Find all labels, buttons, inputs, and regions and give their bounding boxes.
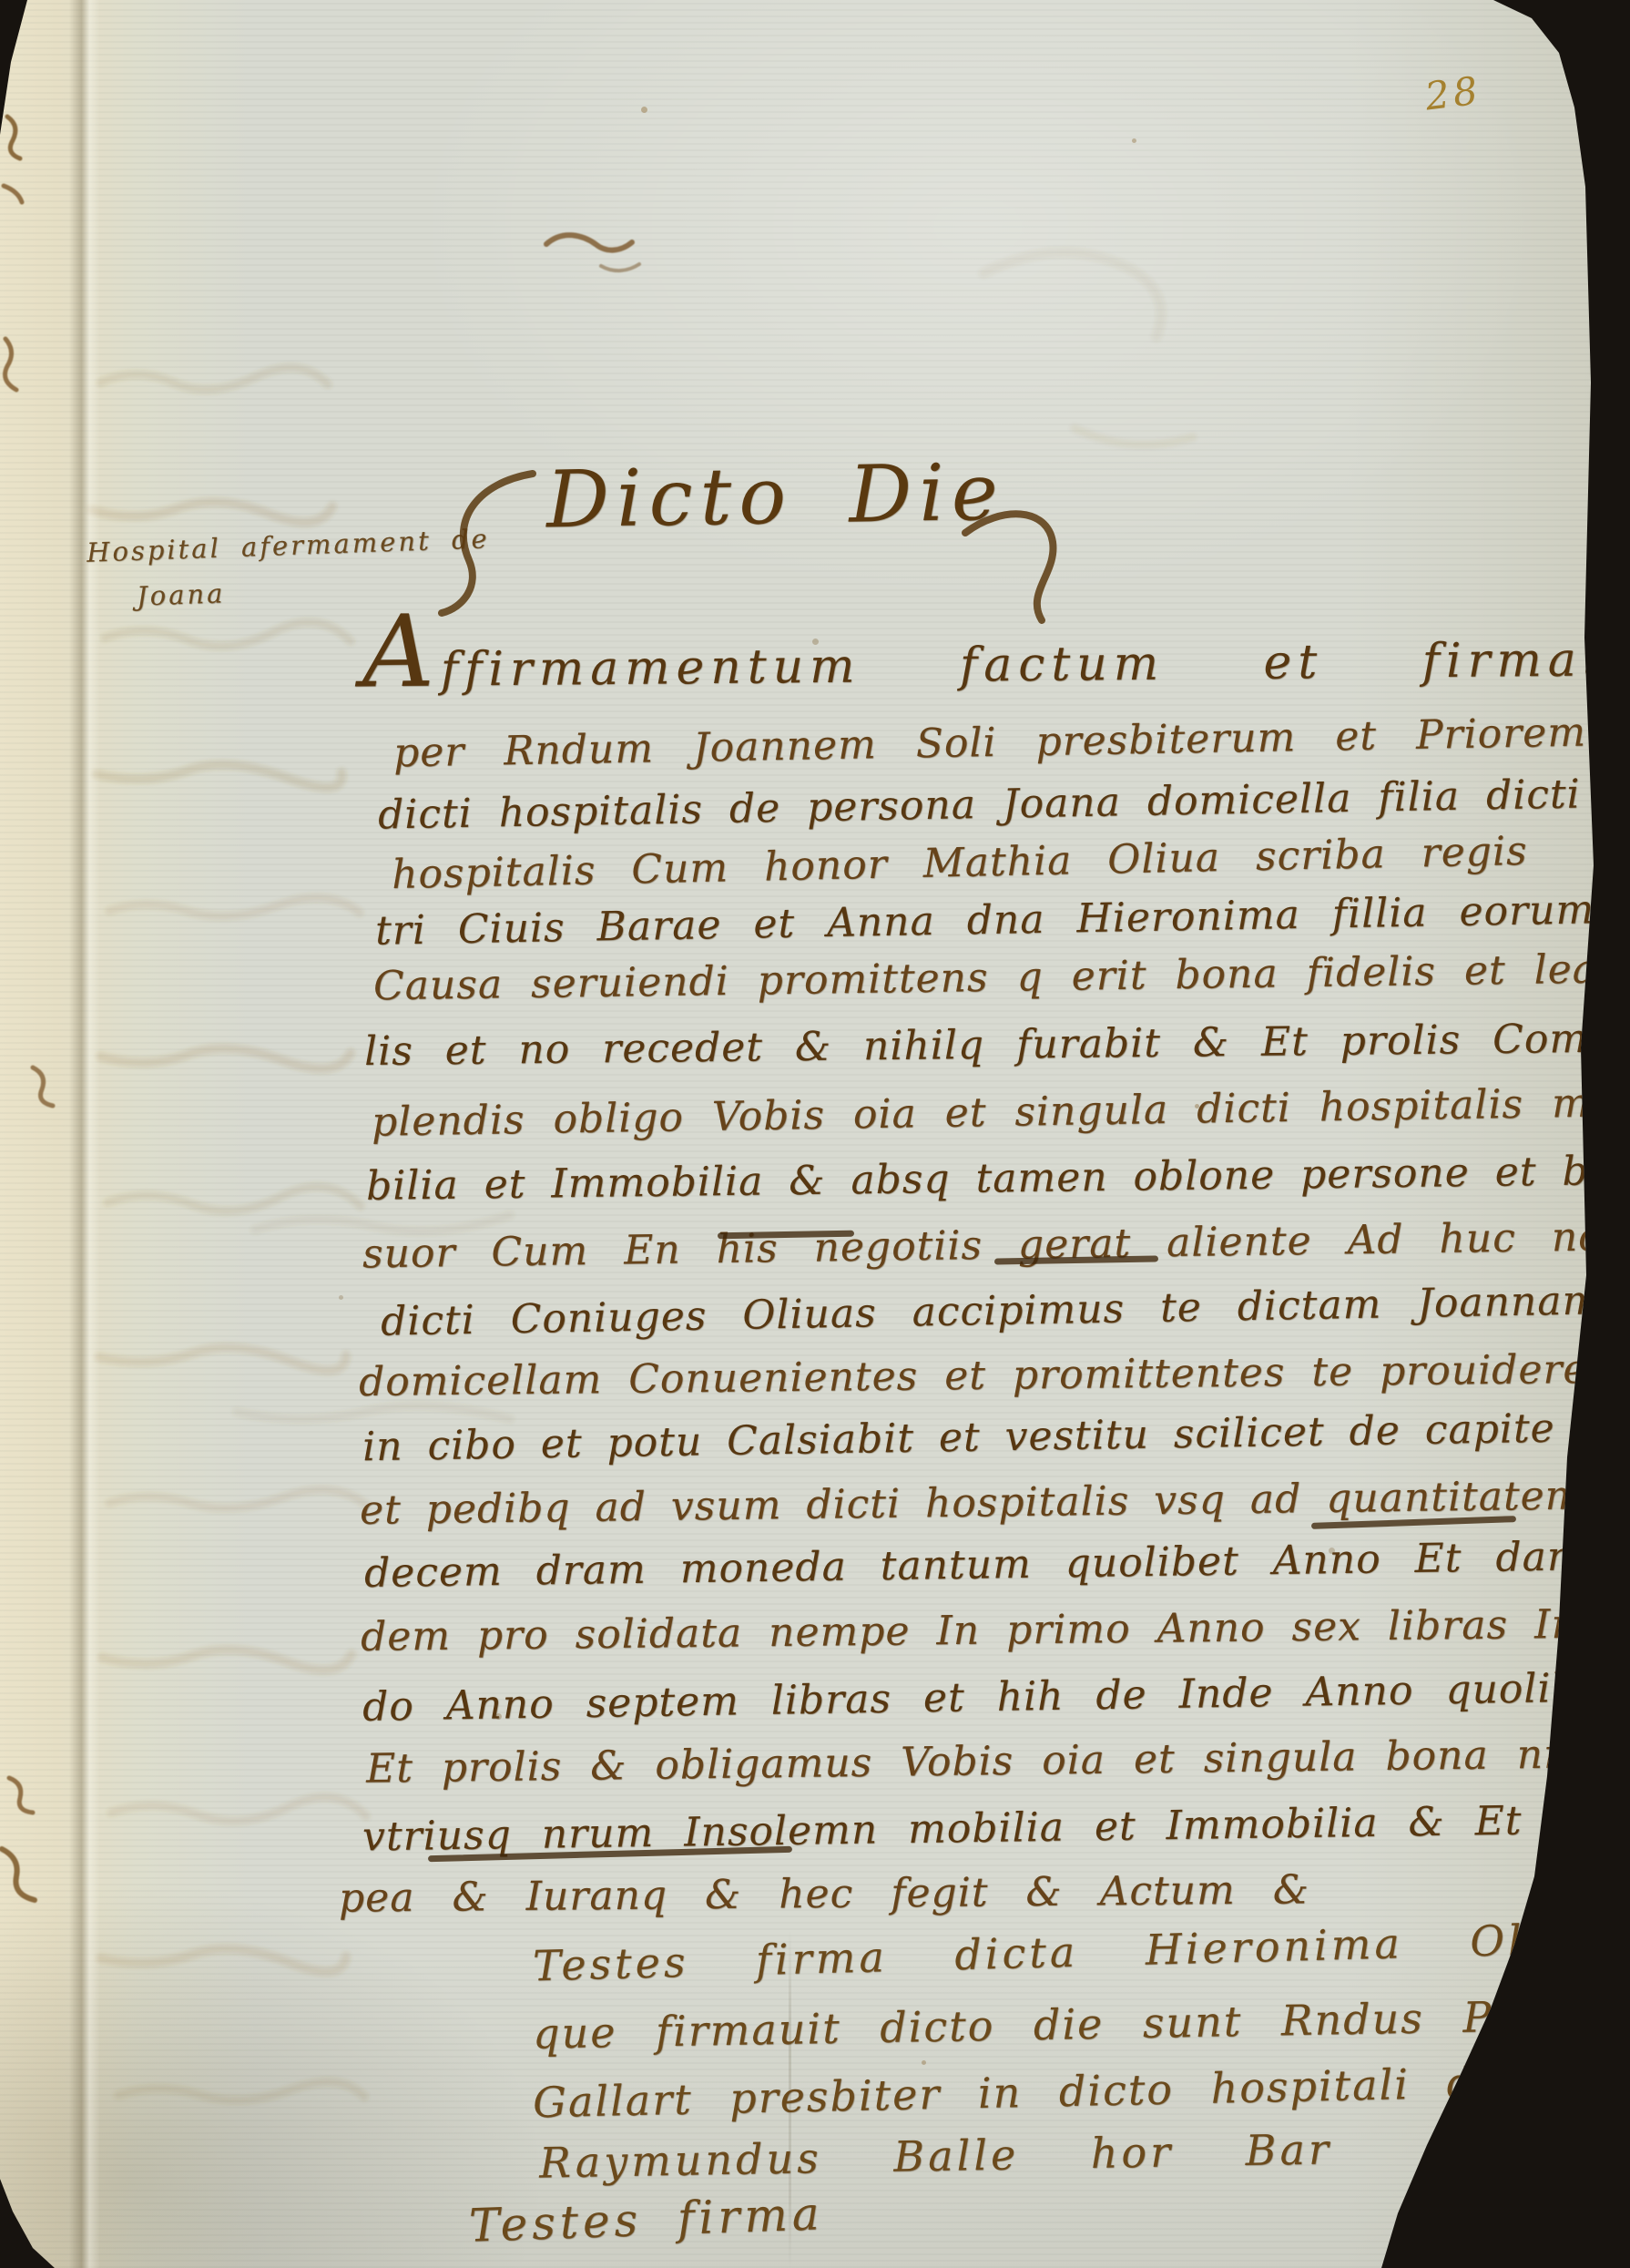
witness-line: Testes firma	[468, 2187, 824, 2253]
body-line: dicti hospitalis de persona Joana domice…	[378, 771, 1581, 838]
body-line: Et prolis & obligamus Vobis oia et singu…	[366, 1730, 1630, 1792]
body-line: dicti Coniuges Oliuas accipimus te dicta…	[381, 1277, 1602, 1344]
body-line: bilia et Immobilia & absq tamen oblone p…	[366, 1147, 1630, 1210]
manuscript-page: 28 Hospital afermament de Joana Dicto Di…	[0, 0, 1630, 2268]
body-line: dem pro solidata nempe In primo Anno sex…	[361, 1599, 1630, 1660]
margin-note-line: Hospital afermament de	[87, 523, 491, 567]
witness-line: Gallart presbiter in dicto hospitali deg…	[533, 2054, 1630, 2128]
margin-note-line: Joana	[136, 577, 225, 611]
witness-line: Raymundus Balle hor Bar	[539, 2124, 1333, 2187]
body-line: Causa seruiendi promittens q erit bona f…	[373, 946, 1598, 1010]
body-line: domicellam Conuenientes et promittentes …	[359, 1346, 1588, 1405]
page-title: Dicto Die	[545, 447, 1005, 547]
foxing-dots	[0, 0, 5, 5]
folio-number: 28	[1422, 67, 1483, 118]
body-line: do Anno septem libras et hih de Inde Ann…	[362, 1664, 1620, 1731]
body-line: suor Cum En his negotiis gerat aliente A…	[362, 1213, 1604, 1277]
witness-line: Testes firma dicta Hieronima Oliua	[532, 1914, 1602, 1991]
body-line: lis et no recedet & nihilq furabit & Et …	[364, 1016, 1589, 1075]
body-line: decem dram moneda tantum quolibet Anno E…	[364, 1532, 1630, 1597]
body-line: per Rndum Joannem Soli presbiterum et Pr…	[393, 710, 1587, 777]
body-line: Affirmamentum factum et firmatum	[362, 632, 1630, 699]
body-line: plendis obligo Vobis oia et singula dict…	[372, 1079, 1616, 1145]
gutter-fold-shadow	[69, 0, 100, 2268]
body-line: in cibo et potu Calsiabit et vestitu sci…	[362, 1404, 1630, 1470]
body-line: hospitalis Cum honor Mathia Oliua scriba…	[392, 828, 1528, 898]
body-line: vtriusq nrum Insolemn mobilia et Immobil…	[362, 1797, 1594, 1861]
witness-line: que firmauit dicto die sunt Rndus P Maur…	[533, 1987, 1630, 2058]
manuscript-scan: 28 Hospital afermament de Joana Dicto Di…	[0, 0, 1630, 2268]
body-line: pea & Iuranq & hec fegit & Actum &	[339, 1866, 1309, 1921]
body-line: tri Ciuis Barae et Anna dna Hieronima fi…	[375, 886, 1595, 954]
